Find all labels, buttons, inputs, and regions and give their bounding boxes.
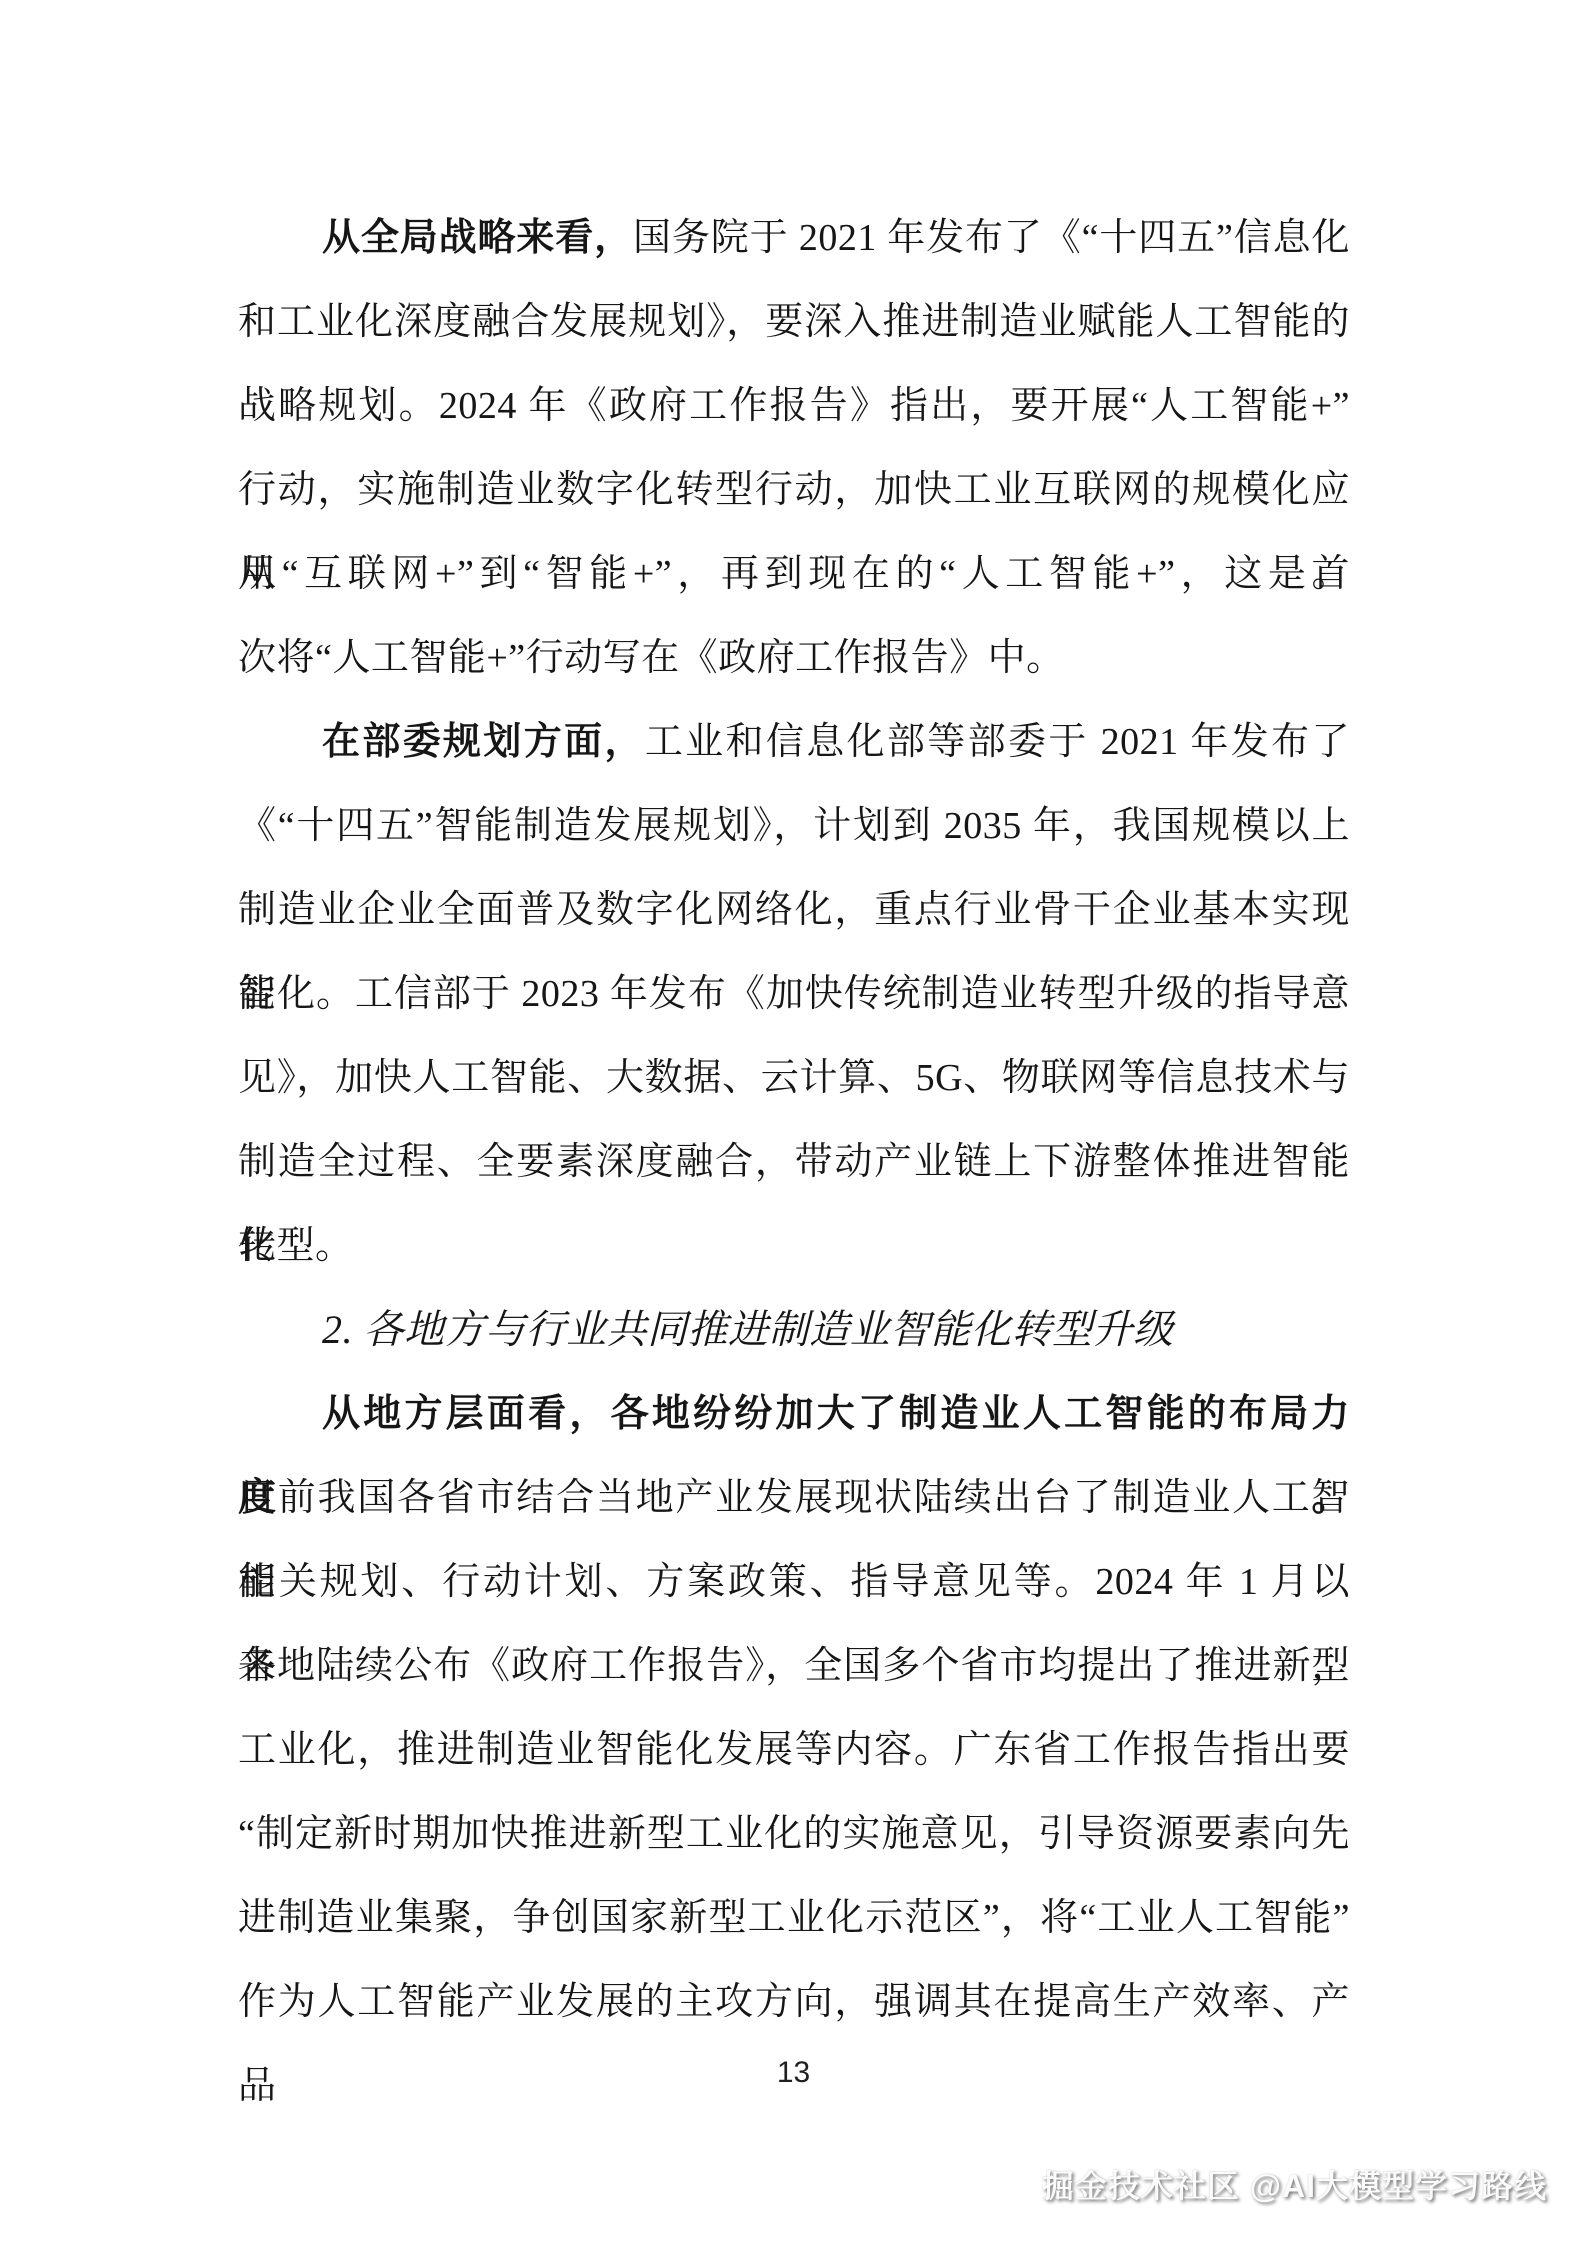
text-line: 进制造业集聚，争创国家新型工业化示范区”，将“工业人工智能” bbox=[238, 1876, 1350, 1960]
line-text: 《“十四五”智能制造发展规划》，计划到 2035 年，我国规模以上 bbox=[238, 805, 1350, 847]
text-line: 目前我国各省市结合当地产业发展现状陆续出台了制造业人工智能 bbox=[238, 1456, 1350, 1540]
text-line: 从“互联网+”到“智能+”，再到现在的“人工智能+”，这是首 bbox=[238, 532, 1350, 616]
text-line: 能化。工信部于 2023 年发布《加快传统制造业转型升级的指导意 bbox=[238, 952, 1350, 1036]
line-text: 转型。 bbox=[238, 1225, 354, 1267]
document-page: 从全局战略来看，国务院于 2021 年发布了《“十四五”信息化 和工业化深度融合… bbox=[0, 0, 1587, 2245]
line-text: 进制造业集聚，争创国家新型工业化示范区”，将“工业人工智能” bbox=[238, 1897, 1350, 1939]
text-line: 作为人工智能产业发展的主攻方向，强调其在提高生产效率、产品 bbox=[238, 1960, 1350, 2044]
line-text: 工业化，推进制造业智能化发展等内容。广东省工作报告指出要 bbox=[238, 1729, 1350, 1771]
text-line: 在部委规划方面，工业和信息化部等部委于 2021 年发布了 bbox=[238, 700, 1350, 784]
text-line: 见》，加快人工智能、大数据、云计算、5G、物联网等信息技术与 bbox=[238, 1036, 1350, 1120]
line-text: 次将“人工智能+”行动写在《政府工作报告》中。 bbox=[238, 637, 1065, 679]
line-text: 战略规划。2024 年《政府工作报告》指出，要开展“人工智能+” bbox=[238, 385, 1350, 427]
line-text: 各地陆续公布《政府工作报告》，全国多个省市均提出了推进新型 bbox=[238, 1645, 1350, 1687]
line-text: 工业和信息化部等部委于 2021 年发布了 bbox=[645, 721, 1350, 763]
text-line: 制造业企业全面普及数字化网络化，重点行业骨干企业基本实现智 bbox=[238, 868, 1350, 952]
line-text: “制定新时期加快推进新型工业化的实施意见，引导资源要素向先 bbox=[238, 1813, 1350, 1855]
page-number: 13 bbox=[0, 2056, 1587, 2090]
bold-lead-text: 在部委规划方面， bbox=[322, 721, 645, 763]
section-heading: 2. 各地方与行业共同推进制造业智能化转型升级 bbox=[238, 1288, 1350, 1372]
text-line: 战略规划。2024 年《政府工作报告》指出，要开展“人工智能+” bbox=[238, 364, 1350, 448]
text-line: 行动，实施制造业数字化转型行动，加快工业互联网的规模化应用。 bbox=[238, 448, 1350, 532]
line-text: 国务院于 2021 年发布了《“十四五”信息化 bbox=[633, 217, 1350, 259]
text-line: 相关规划、行动计划、方案政策、指导意见等。2024 年 1 月以来， bbox=[238, 1540, 1350, 1624]
text-line: 从地方层面看，各地纷纷加大了制造业人工智能的布局力度。 bbox=[238, 1372, 1350, 1456]
bold-lead-text: 从全局战略来看， bbox=[322, 217, 633, 259]
line-text: 从“互联网+”到“智能+”，再到现在的“人工智能+”，这是首 bbox=[238, 553, 1350, 595]
text-line: 转型。 bbox=[238, 1204, 1350, 1288]
line-text: 和工业化深度融合发展规划》，要深入推进制造业赋能人工智能的 bbox=[238, 301, 1350, 343]
text-line: 各地陆续公布《政府工作报告》，全国多个省市均提出了推进新型 bbox=[238, 1624, 1350, 1708]
text-content: 从全局战略来看，国务院于 2021 年发布了《“十四五”信息化 和工业化深度融合… bbox=[238, 196, 1350, 2044]
heading-text: 2. 各地方与行业共同推进制造业智能化转型升级 bbox=[322, 1307, 1174, 1352]
text-line: 《“十四五”智能制造发展规划》，计划到 2035 年，我国规模以上 bbox=[238, 784, 1350, 868]
text-line: “制定新时期加快推进新型工业化的实施意见，引导资源要素向先 bbox=[238, 1792, 1350, 1876]
watermark-text: 掘金技术社区 @AI大模型学习路线 bbox=[1042, 2161, 1547, 2207]
line-text: 见》，加快人工智能、大数据、云计算、5G、物联网等信息技术与 bbox=[238, 1057, 1350, 1099]
text-line: 从全局战略来看，国务院于 2021 年发布了《“十四五”信息化 bbox=[238, 196, 1350, 280]
text-line: 次将“人工智能+”行动写在《政府工作报告》中。 bbox=[238, 616, 1350, 700]
text-line: 工业化，推进制造业智能化发展等内容。广东省工作报告指出要 bbox=[238, 1708, 1350, 1792]
text-line: 和工业化深度融合发展规划》，要深入推进制造业赋能人工智能的 bbox=[238, 280, 1350, 364]
line-text: 能化。工信部于 2023 年发布《加快传统制造业转型升级的指导意 bbox=[238, 973, 1350, 1015]
text-line: 制造全过程、全要素深度融合，带动产业链上下游整体推进智能化 bbox=[238, 1120, 1350, 1204]
